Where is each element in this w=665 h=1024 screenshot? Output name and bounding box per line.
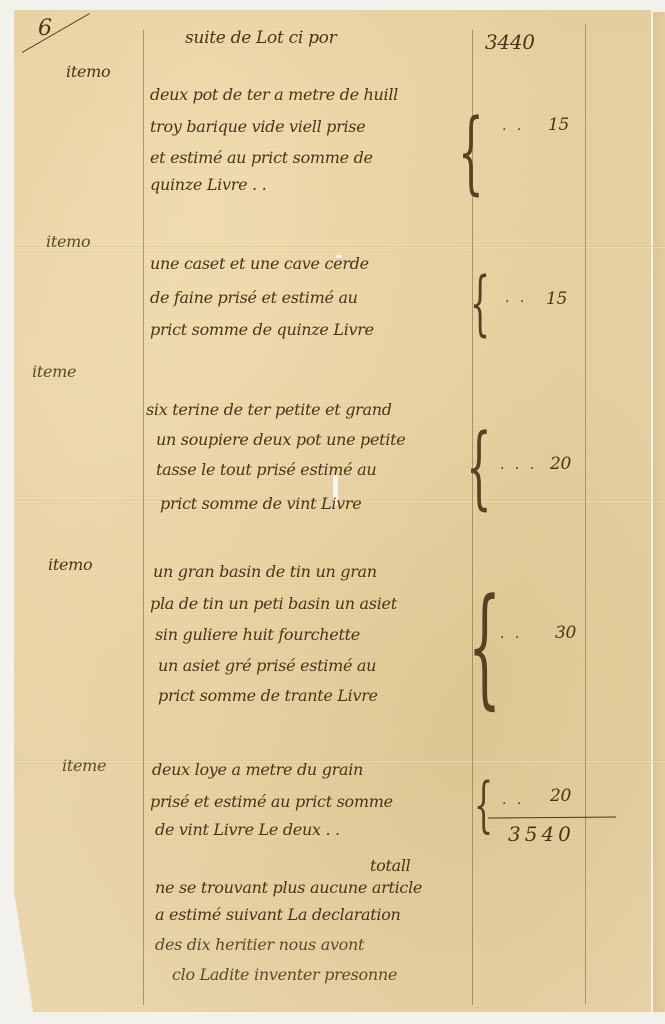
entry-amount: 15 — [546, 289, 567, 309]
entry-line: un gran basin de tin un gran — [153, 562, 377, 581]
grand-total: 3540 — [508, 822, 575, 846]
entry-label: itemo — [46, 232, 90, 251]
entry-line: un soupiere deux pot une petite — [156, 430, 405, 449]
closing-line: des dix heritier nous avont — [155, 935, 364, 954]
entry-line: prisé et estimé au prict somme — [150, 792, 393, 811]
entry-label: itemo — [66, 62, 110, 81]
total-label: totall — [370, 856, 410, 875]
entry-line: pla de tin un peti basin un asiet — [150, 594, 397, 613]
leader-dots: . . — [502, 792, 524, 808]
leader-dots: . . — [502, 118, 524, 134]
entry-line: prict somme de vint Livre — [160, 494, 361, 513]
brace: { — [468, 570, 501, 722]
entry-line: de vint Livre Le deux . . — [155, 820, 340, 839]
entry-line: prict somme de quinze Livre — [150, 320, 374, 339]
entry-amount: 20 — [550, 454, 571, 474]
closing-line: a estimé suivant La declaration — [155, 905, 401, 924]
entry-line: de faine prisé et estimé au — [150, 288, 358, 307]
entry-label: iteme — [32, 362, 76, 381]
fold-crease — [14, 246, 665, 249]
brace: { — [466, 415, 492, 520]
entry-line: deux loye a metre du grain — [152, 760, 363, 779]
entry-line: un asiet gré prisé estimé au — [158, 656, 376, 675]
entry-line: deux pot de ter a metre de huill — [150, 85, 398, 104]
entry-line: troy barique vide viell prise — [150, 117, 365, 136]
carried-total: 3440 — [485, 30, 535, 54]
brace: { — [470, 262, 490, 344]
entry-line: six terine de ter petite et grand — [146, 400, 392, 419]
entry-amount: 30 — [555, 623, 576, 643]
margin-rule — [143, 30, 144, 1005]
header-title: suite de Lot ci por — [185, 28, 336, 48]
entry-line: sin guliere huit fourchette — [155, 625, 360, 644]
entry-line: une caset et une cave cerde — [150, 254, 369, 273]
entry-line: quinze Livre . . — [150, 175, 266, 194]
entry-line: et estimé au prict somme de — [150, 148, 373, 167]
entry-line: tasse le tout prisé estimé au — [156, 460, 376, 479]
brace: { — [474, 770, 493, 840]
adjacent-page-edge — [653, 12, 665, 1012]
right-column-rule — [585, 24, 586, 1004]
entry-label: iteme — [62, 756, 106, 775]
entry-label: itemo — [48, 555, 92, 574]
entry-amount: 20 — [550, 786, 571, 806]
leader-dots: . . . — [500, 457, 537, 473]
closing-line: ne se trouvant plus aucune article — [155, 878, 422, 897]
entry-line: prict somme de trante Livre — [158, 686, 378, 705]
entry-amount: 15 — [548, 115, 569, 135]
brace: { — [458, 100, 484, 205]
leader-dots: . . — [505, 290, 527, 306]
closing-line: clo Ladite inventer presonne — [172, 965, 397, 984]
leader-dots: . . — [500, 626, 522, 642]
